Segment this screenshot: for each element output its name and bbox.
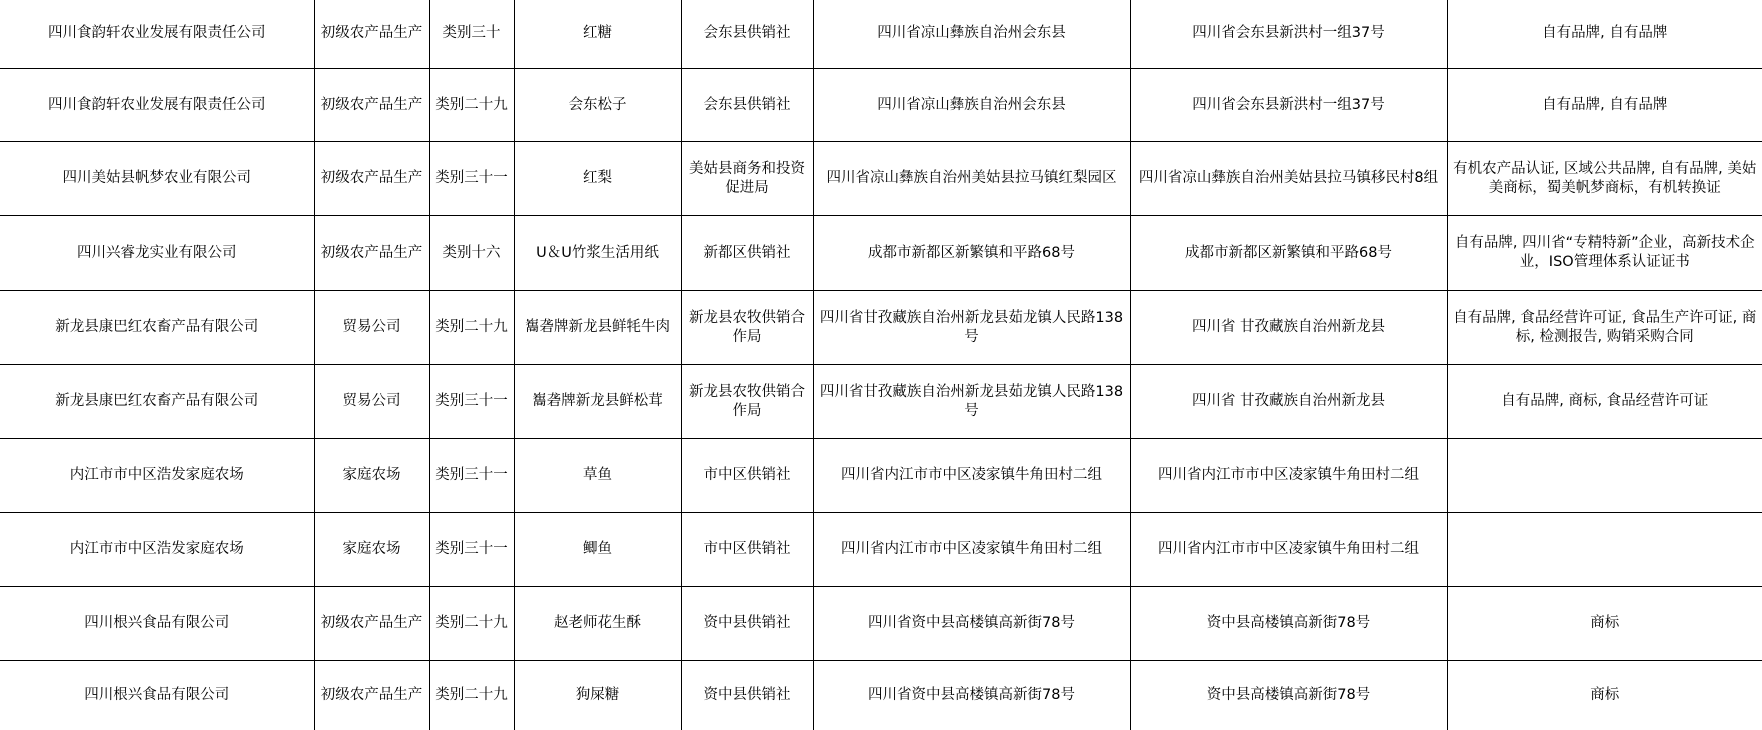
cell-address[interactable]: 四川省会东县新洪村一组37号 <box>1130 0 1447 69</box>
cell-type[interactable]: 初级农产品生产 <box>314 216 429 291</box>
cell-origin[interactable]: 四川省资中县高楼镇高新街78号 <box>813 587 1130 661</box>
cell-category[interactable]: 类别三十一 <box>429 439 514 513</box>
cell-origin[interactable]: 四川省甘孜藏族自治州新龙县茹龙镇人民路138号 <box>813 365 1130 439</box>
cell-qualifications[interactable]: 自有品牌, 食品经营许可证, 食品生产许可证, 商标, 检测报告, 购销采购合同 <box>1447 291 1762 365</box>
cell-recommender[interactable]: 市中区供销社 <box>681 513 813 587</box>
cell-company[interactable]: 四川兴睿龙实业有限公司 <box>0 216 314 291</box>
cell-qualifications[interactable]: 自有品牌, 自有品牌 <box>1447 69 1762 142</box>
cell-qualifications[interactable]: 有机农产品认证, 区域公共品牌, 自有品牌, 美姑美商标，蜀美帆梦商标，有机转换… <box>1447 142 1762 216</box>
cell-company[interactable]: 四川美姑县帆梦农业有限公司 <box>0 142 314 216</box>
cell-type[interactable]: 贸易公司 <box>314 365 429 439</box>
cell-company[interactable]: 四川根兴食品有限公司 <box>0 587 314 661</box>
cell-category[interactable]: 类别三十一 <box>429 513 514 587</box>
cell-recommender[interactable]: 会东县供销社 <box>681 0 813 69</box>
cell-address[interactable]: 四川省会东县新洪村一组37号 <box>1130 69 1447 142</box>
table-row: 四川根兴食品有限公司 初级农产品生产 类别二十九 狗屎糖 资中县供销社 四川省资… <box>0 661 1762 723</box>
cell-type[interactable]: 家庭农场 <box>314 513 429 587</box>
cell-category[interactable]: 类别二十九 <box>429 291 514 365</box>
cell-company[interactable]: 新龙县康巴红农畜产品有限公司 <box>0 365 314 439</box>
cell-type[interactable]: 初级农产品生产 <box>314 142 429 216</box>
table-row: 四川根兴食品有限公司 初级农产品生产 类别二十九 赵老师花生酥 资中县供销社 四… <box>0 587 1762 661</box>
cell-qualifications[interactable]: 自有品牌, 自有品牌 <box>1447 0 1762 69</box>
cell-product[interactable]: 赵老师花生酥 <box>514 587 681 661</box>
table-row: 四川食韵轩农业发展有限责任公司 初级农产品生产 类别二十九 会东松子 会东县供销… <box>0 69 1762 142</box>
cell-recommender[interactable]: 资中县供销社 <box>681 661 813 723</box>
table-row: 四川兴睿龙实业有限公司 初级农产品生产 类别十六 U＆U竹浆生活用纸 新都区供销… <box>0 216 1762 291</box>
cell-recommender[interactable]: 美姑县商务和投资促进局 <box>681 142 813 216</box>
cell-recommender[interactable]: 新龙县农牧供销合作局 <box>681 365 813 439</box>
cell-category[interactable]: 类别二十九 <box>429 587 514 661</box>
cell-origin[interactable]: 四川省资中县高楼镇高新街78号 <box>813 661 1130 723</box>
cell-category[interactable]: 类别十六 <box>429 216 514 291</box>
cell-recommender[interactable]: 资中县供销社 <box>681 587 813 661</box>
table-row: 新龙县康巴红农畜产品有限公司 贸易公司 类别二十九 雟砻牌新龙县鲜牦牛肉 新龙县… <box>0 291 1762 365</box>
cell-address[interactable]: 成都市新都区新繁镇和平路68号 <box>1130 216 1447 291</box>
cell-product[interactable]: 狗屎糖 <box>514 661 681 723</box>
cell-company[interactable]: 内江市市中区浩发家庭农场 <box>0 513 314 587</box>
cell-qualifications[interactable]: 商标 <box>1447 661 1762 723</box>
cell-product[interactable]: 雟砻牌新龙县鲜牦牛肉 <box>514 291 681 365</box>
cell-address[interactable]: 四川省内江市市中区凌家镇牛角田村二组 <box>1130 439 1447 513</box>
cell-company[interactable]: 四川食韵轩农业发展有限责任公司 <box>0 0 314 69</box>
cell-address[interactable]: 四川省内江市市中区凌家镇牛角田村二组 <box>1130 513 1447 587</box>
cell-origin[interactable]: 四川省甘孜藏族自治州新龙县茹龙镇人民路138号 <box>813 291 1130 365</box>
cell-origin[interactable]: 四川省凉山彝族自治州会东县 <box>813 69 1130 142</box>
table-row: 内江市市中区浩发家庭农场 家庭农场 类别三十一 鲫鱼 市中区供销社 四川省内江市… <box>0 513 1762 587</box>
cell-company[interactable]: 四川根兴食品有限公司 <box>0 661 314 723</box>
cell-category[interactable]: 类别二十九 <box>429 69 514 142</box>
cell-origin[interactable]: 四川省凉山彝族自治州美姑县拉马镇红梨园区 <box>813 142 1130 216</box>
cell-origin[interactable]: 成都市新都区新繁镇和平路68号 <box>813 216 1130 291</box>
cell-qualifications[interactable]: 自有品牌, 商标, 食品经营许可证 <box>1447 365 1762 439</box>
cell-type[interactable]: 贸易公司 <box>314 291 429 365</box>
cell-category[interactable]: 类别三十 <box>429 0 514 69</box>
cell-origin[interactable]: 四川省内江市市中区凌家镇牛角田村二组 <box>813 513 1130 587</box>
cell-recommender[interactable]: 市中区供销社 <box>681 439 813 513</box>
cell-product[interactable]: 会东松子 <box>514 69 681 142</box>
cell-qualifications[interactable]: 自有品牌, 四川省“专精特新”企业，高新技术企业，ISO管理体系认证证书 <box>1447 216 1762 291</box>
table-row: 四川美姑县帆梦农业有限公司 初级农产品生产 类别三十一 红梨 美姑县商务和投资促… <box>0 142 1762 216</box>
cell-recommender[interactable]: 新都区供销社 <box>681 216 813 291</box>
cell-address[interactable]: 四川省 甘孜藏族自治州新龙县 <box>1130 365 1447 439</box>
cell-product[interactable]: 红梨 <box>514 142 681 216</box>
cell-recommender[interactable]: 新龙县农牧供销合作局 <box>681 291 813 365</box>
cell-category[interactable]: 类别三十一 <box>429 365 514 439</box>
cell-address[interactable]: 四川省 甘孜藏族自治州新龙县 <box>1130 291 1447 365</box>
cell-company[interactable]: 内江市市中区浩发家庭农场 <box>0 439 314 513</box>
cell-qualifications[interactable]: 商标 <box>1447 587 1762 661</box>
cell-address[interactable]: 四川省凉山彝族自治州美姑县拉马镇移民村8组 <box>1130 142 1447 216</box>
cell-qualifications[interactable] <box>1447 513 1762 587</box>
cell-origin[interactable]: 四川省凉山彝族自治州会东县 <box>813 0 1130 69</box>
cell-product[interactable]: 雟砻牌新龙县鲜松茸 <box>514 365 681 439</box>
cell-address[interactable]: 资中县高楼镇高新街78号 <box>1130 587 1447 661</box>
cell-type[interactable]: 初级农产品生产 <box>314 661 429 723</box>
cell-category[interactable]: 类别三十一 <box>429 142 514 216</box>
cell-category[interactable]: 类别二十九 <box>429 661 514 723</box>
cell-product[interactable]: 红糖 <box>514 0 681 69</box>
cell-company[interactable]: 四川食韵轩农业发展有限责任公司 <box>0 69 314 142</box>
cell-product[interactable]: 鲫鱼 <box>514 513 681 587</box>
table-row: 新龙县康巴红农畜产品有限公司 贸易公司 类别三十一 雟砻牌新龙县鲜松茸 新龙县农… <box>0 365 1762 439</box>
table-row: 四川食韵轩农业发展有限责任公司 初级农产品生产 类别三十 红糖 会东县供销社 四… <box>0 0 1762 69</box>
cell-type[interactable]: 初级农产品生产 <box>314 0 429 69</box>
cell-qualifications[interactable] <box>1447 439 1762 513</box>
cell-origin[interactable]: 四川省内江市市中区凌家镇牛角田村二组 <box>813 439 1130 513</box>
spreadsheet-table: 四川食韵轩农业发展有限责任公司 初级农产品生产 类别三十 红糖 会东县供销社 四… <box>0 0 1762 722</box>
cell-type[interactable]: 初级农产品生产 <box>314 587 429 661</box>
cell-type[interactable]: 初级农产品生产 <box>314 69 429 142</box>
cell-address[interactable]: 资中县高楼镇高新街78号 <box>1130 661 1447 723</box>
cell-type[interactable]: 家庭农场 <box>314 439 429 513</box>
cell-recommender[interactable]: 会东县供销社 <box>681 69 813 142</box>
table-row: 内江市市中区浩发家庭农场 家庭农场 类别三十一 草鱼 市中区供销社 四川省内江市… <box>0 439 1762 513</box>
cell-product[interactable]: 草鱼 <box>514 439 681 513</box>
cell-company[interactable]: 新龙县康巴红农畜产品有限公司 <box>0 291 314 365</box>
cell-product[interactable]: U＆U竹浆生活用纸 <box>514 216 681 291</box>
